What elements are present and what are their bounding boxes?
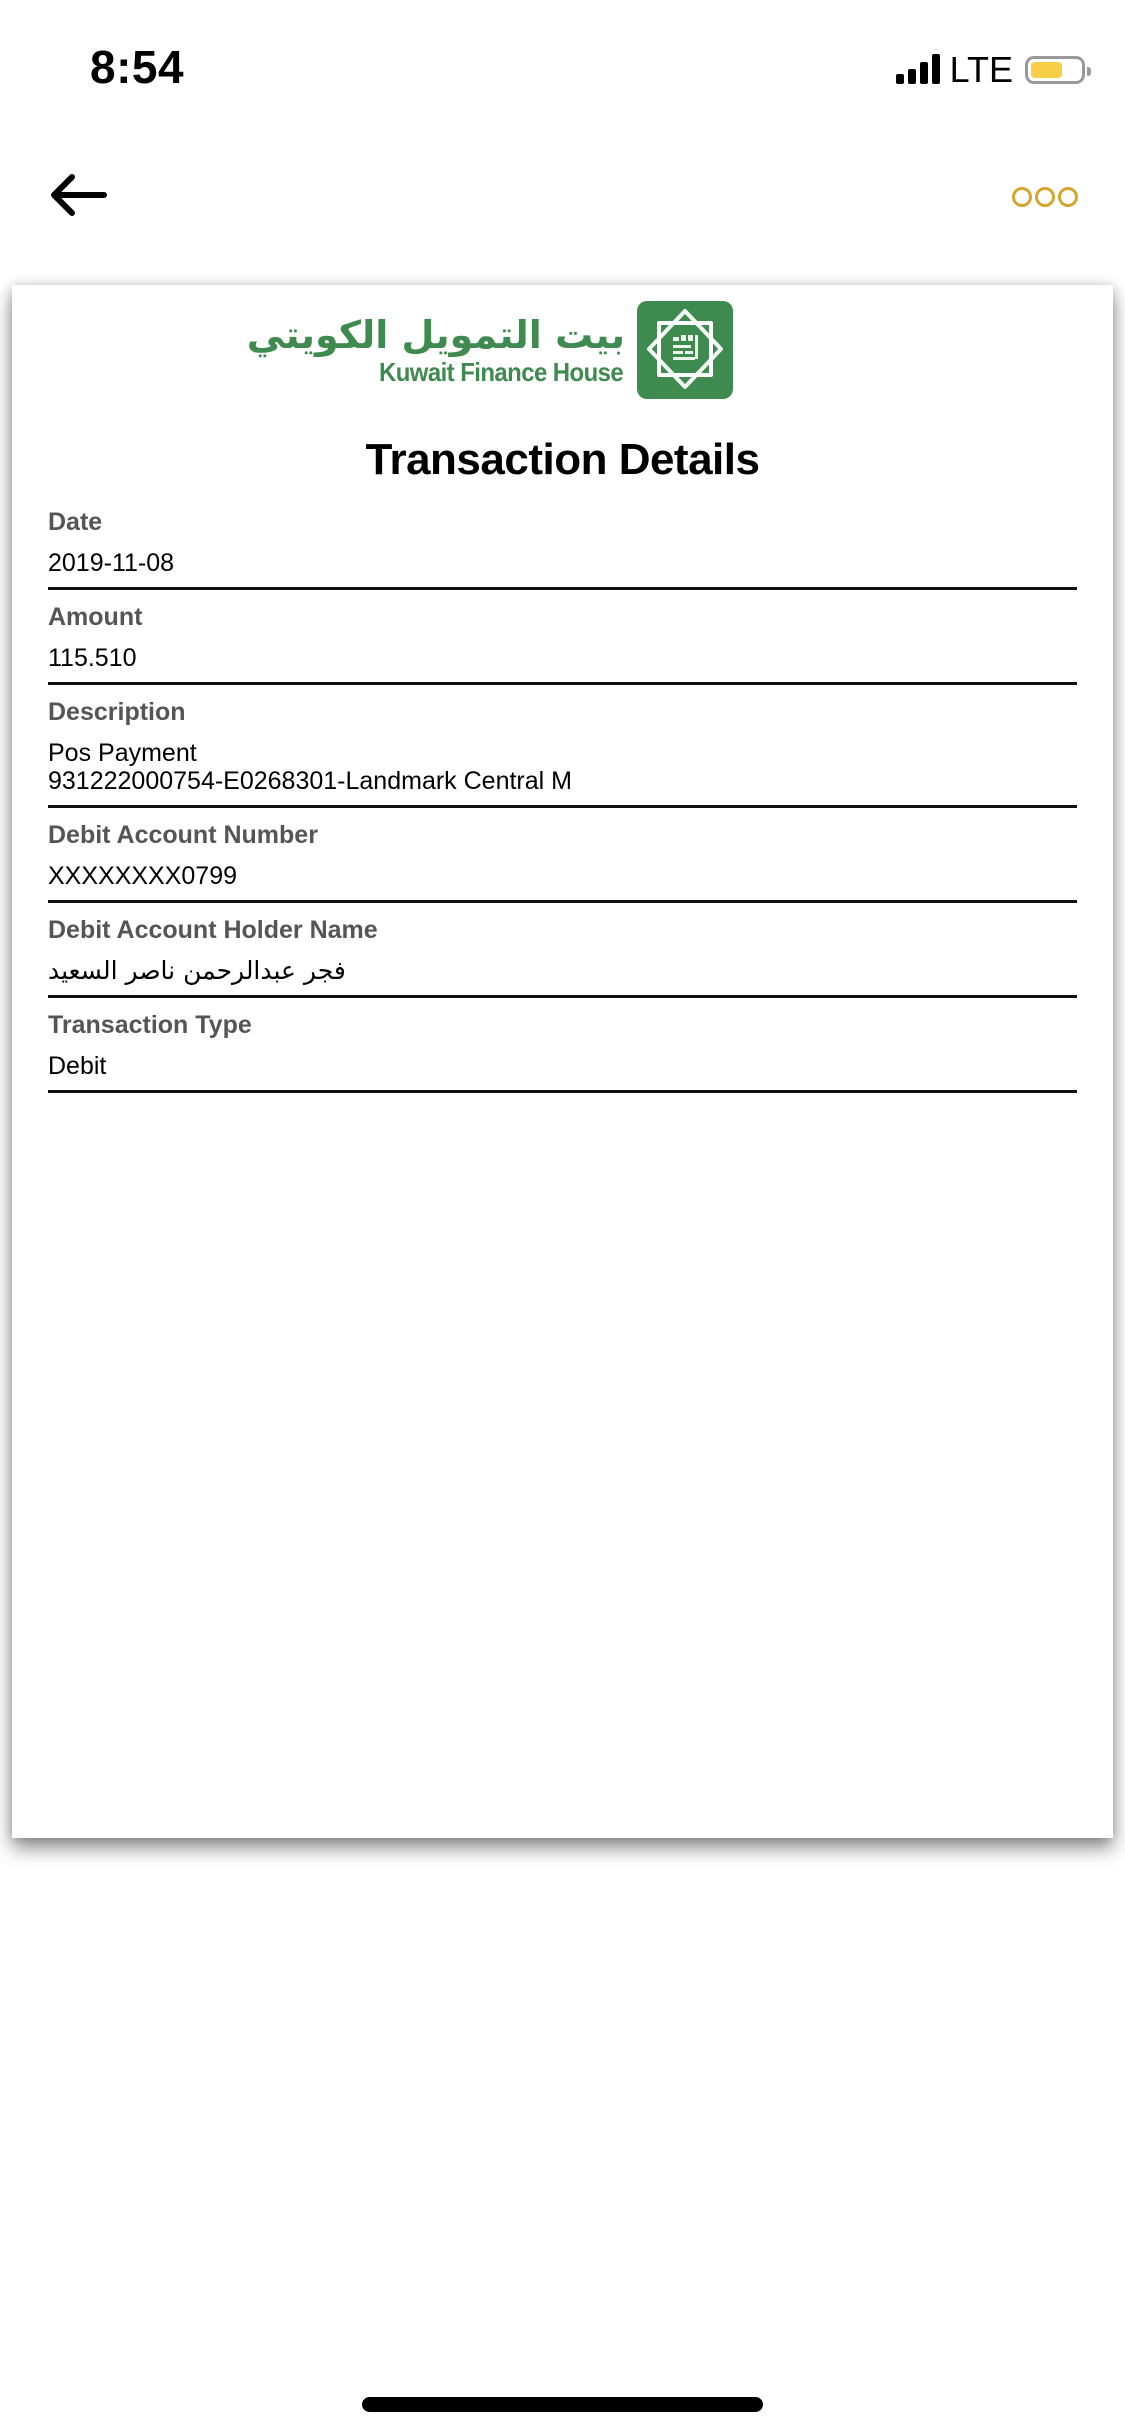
more-options-button[interactable] (1012, 182, 1084, 212)
field-amount: Amount 115.510 (48, 596, 1077, 685)
field-transaction-type: Transaction Type Debit (48, 1004, 1077, 1093)
field-label: Date (48, 505, 1077, 539)
logo-arabic-text: بيت التمويل الكويتي (247, 313, 625, 357)
field-date: Date 2019-11-08 (48, 501, 1077, 590)
kfh-emblem-icon (637, 301, 733, 399)
network-type: LTE (950, 49, 1013, 91)
more-dots-icon (1035, 187, 1055, 207)
field-description: Description Pos Payment 931222000754-E02… (48, 691, 1077, 808)
arrow-left-icon (44, 170, 114, 220)
signal-icon (896, 56, 940, 84)
details-list: Date 2019-11-08 Amount 115.510 Descripti… (48, 501, 1077, 1093)
field-debit-account-holder-name: Debit Account Holder Name فجر عبدالرحمن … (48, 909, 1077, 998)
field-label: Transaction Type (48, 1008, 1077, 1042)
more-dots-icon (1058, 187, 1078, 207)
battery-level (1031, 62, 1062, 78)
field-label: Debit Account Number (48, 818, 1077, 852)
kfh-logo: بيت التمويل الكويتي Kuwait Finance House (367, 301, 747, 401)
status-time: 8:54 (90, 40, 184, 94)
field-value: Debit (48, 1052, 1077, 1080)
field-label: Description (48, 695, 1077, 729)
field-value: فجر عبدالرحمن ناصر السعيد (48, 957, 1077, 985)
field-debit-account-number: Debit Account Number XXXXXXXX0799 (48, 814, 1077, 903)
back-button[interactable] (44, 170, 114, 220)
field-label: Debit Account Holder Name (48, 913, 1077, 947)
field-value: 2019-11-08 (48, 549, 1077, 577)
page-title: Transaction Details (12, 435, 1113, 485)
field-value: XXXXXXXX0799 (48, 862, 1077, 890)
more-dots-icon (1012, 187, 1032, 207)
status-indicators: LTE (896, 50, 1085, 90)
logo-english-text: Kuwait Finance House (379, 357, 623, 388)
field-label: Amount (48, 600, 1077, 634)
field-value: 115.510 (48, 644, 1077, 672)
home-indicator[interactable] (362, 2397, 763, 2412)
field-value: Pos Payment 931222000754-E0268301-Landma… (48, 739, 1077, 795)
transaction-card: بيت التمويل الكويتي Kuwait Finance House (12, 285, 1113, 1838)
battery-icon (1025, 56, 1085, 84)
